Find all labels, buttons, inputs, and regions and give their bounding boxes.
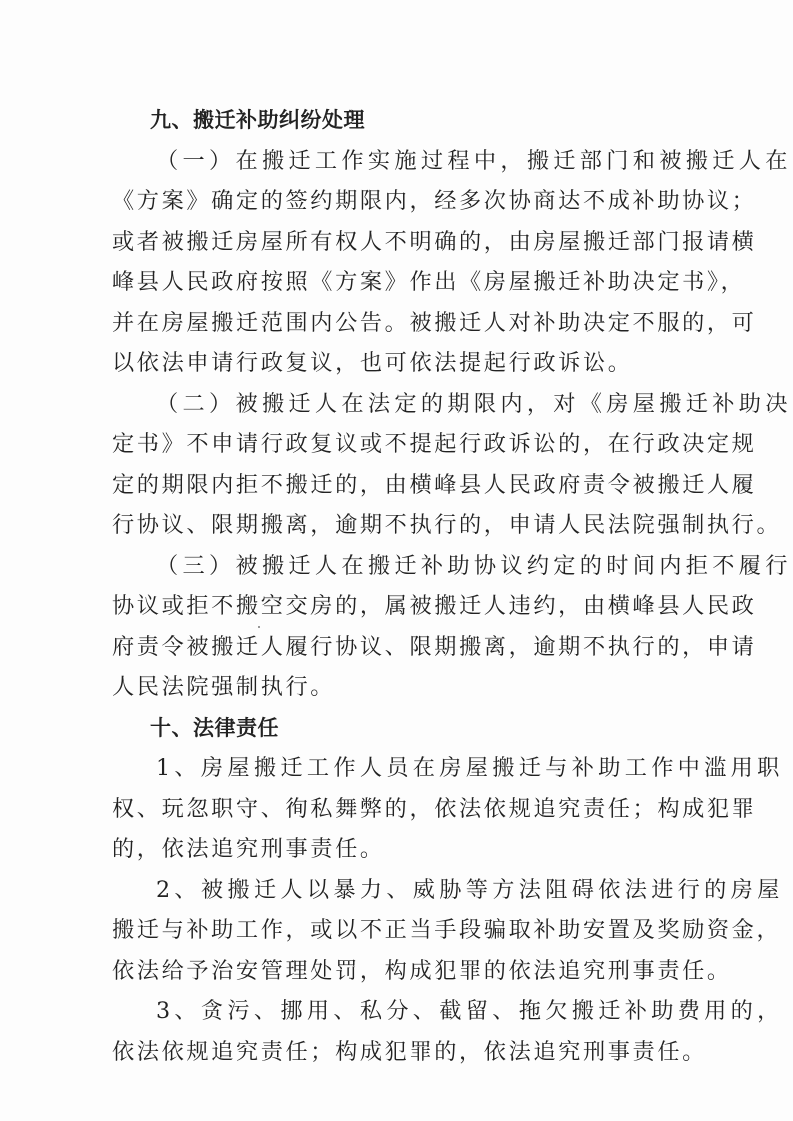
paragraph-line: 2、被搬迁人以暴力、威胁等方法阻碍依法进行的房屋 bbox=[112, 870, 682, 911]
paragraph-line: 行协议、限期搬离，逾期不执行的，申请人民法院强制执行。 bbox=[112, 505, 682, 546]
document-body: 九、搬迁补助纠纷处理 （一）在搬迁工作实施过程中，搬迁部门和被搬迁人在 《方案》… bbox=[112, 100, 682, 1072]
paragraph-line: 定的期限内拒不搬迁的，由横峰县人民政府责令被搬迁人履 bbox=[112, 465, 682, 506]
paragraph-line: 《方案》确定的签约期限内，经多次协商达不成补助协议； bbox=[112, 181, 682, 222]
paragraph-line: 并在房屋搬迁范围内公告。被搬迁人对补助决定不服的，可 bbox=[112, 303, 682, 344]
section-heading-10: 十、法律责任 bbox=[112, 708, 682, 749]
paragraph-line: 协议或拒不搬空交房的，属被搬迁人违约，由横峰县人民政 bbox=[112, 586, 682, 627]
section-heading-9: 九、搬迁补助纠纷处理 bbox=[112, 100, 682, 141]
paragraph-line: 府责令被搬迁人履行协议、限期搬离，逾期不执行的，申请 bbox=[112, 627, 682, 668]
document-page: 九、搬迁补助纠纷处理 （一）在搬迁工作实施过程中，搬迁部门和被搬迁人在 《方案》… bbox=[0, 0, 793, 1121]
scan-speck bbox=[258, 626, 260, 628]
paragraph-line: 3、贪污、挪用、私分、截留、拖欠搬迁补助费用的， bbox=[112, 991, 682, 1032]
paragraph-line: 人民法院强制执行。 bbox=[112, 667, 682, 708]
paragraph-line: 搬迁与补助工作，或以不正当手段骗取补助安置及奖励资金， bbox=[112, 910, 682, 951]
paragraph-line: 1、房屋搬迁工作人员在房屋搬迁与补助工作中滥用职 bbox=[112, 748, 682, 789]
paragraph-line: 的，依法追究刑事责任。 bbox=[112, 829, 682, 870]
paragraph-line: （三）被搬迁人在搬迁补助协议约定的时间内拒不履行 bbox=[112, 546, 682, 587]
paragraph-line: （一）在搬迁工作实施过程中，搬迁部门和被搬迁人在 bbox=[112, 141, 682, 182]
paragraph-line: 权、玩忽职守、徇私舞弊的，依法依规追究责任；构成犯罪 bbox=[112, 789, 682, 830]
paragraph-line: 依法依规追究责任；构成犯罪的，依法追究刑事责任。 bbox=[112, 1032, 682, 1073]
paragraph-line: （二）被搬迁人在法定的期限内，对《房屋搬迁补助决 bbox=[112, 384, 682, 425]
paragraph-line: 或者被搬迁房屋所有权人不明确的，由房屋搬迁部门报请横 bbox=[112, 222, 682, 263]
paragraph-line: 定书》不申请行政复议或不提起行政诉讼的，在行政决定规 bbox=[112, 424, 682, 465]
paragraph-line: 峰县人民政府按照《方案》作出《房屋搬迁补助决定书》， bbox=[112, 262, 682, 303]
paragraph-line: 依法给予治安管理处罚，构成犯罪的依法追究刑事责任。 bbox=[112, 951, 682, 992]
paragraph-line: 以依法申请行政复议，也可依法提起行政诉讼。 bbox=[112, 343, 682, 384]
